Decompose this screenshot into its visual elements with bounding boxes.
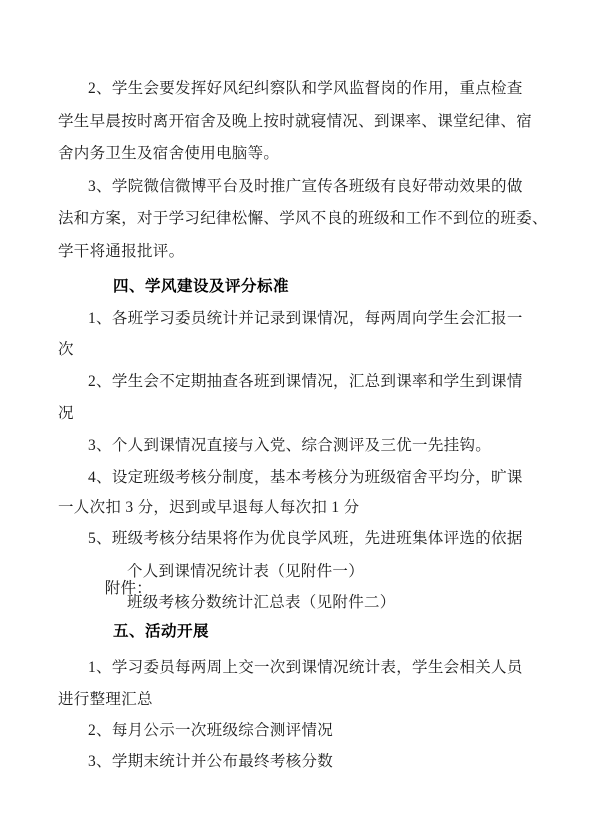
body-line: 学生早晨按时离开宿舍及晚上按时就寝情况、到课率、课堂纪律、宿 — [58, 113, 532, 130]
document-page: 2、学生会要发挥好风纪纠察队和学风监督岗的作用，重点检查 学生早晨按时离开宿舍及… — [0, 0, 599, 817]
attachment-item: 班级考核分数统计汇总表（见附件二） — [127, 594, 396, 611]
body-line: 学干将通报批评。 — [58, 243, 184, 260]
body-line: 2、每月公示一次班级综合测评情况 — [88, 722, 333, 739]
body-line: 法和方案，对于学习纪律松懈、学风不良的班级和工作不到位的班委、 — [58, 210, 548, 227]
body-line: 3、学期末统计并公布最终考核分数 — [88, 753, 333, 770]
body-line: 一人次扣 3 分，迟到或早退每人每次扣 1 分 — [58, 499, 359, 516]
section-heading-four: 四、学风建设及评分标准 — [113, 278, 289, 295]
body-line: 1、学习委员每两周上交一次到课情况统计表，学生会相关人员 — [88, 659, 523, 676]
body-line: 4、设定班级考核分制度，基本考核分为班级宿舍平均分，旷课 — [88, 469, 523, 486]
body-line: 5、班级考核分结果将作为优良学风班，先进班集体评选的依据 — [88, 530, 523, 547]
attachment-item: 个人到课情况统计表（见附件一） — [127, 563, 364, 580]
body-line: 2、学生会不定期抽查各班到课情况，汇总到课率和学生到课情 — [88, 373, 523, 390]
body-line: 3、学院微信微博平台及时推广宣传各班级有良好带动效果的做 — [88, 178, 523, 195]
body-line: 1、各班学习委员统计并记录到课情况，每两周向学生会汇报一 — [88, 310, 523, 327]
body-line: 况 — [58, 405, 74, 422]
body-line: 舍内务卫生及宿舍使用电脑等。 — [58, 145, 279, 162]
body-line: 3、个人到课情况直接与入党、综合测评及三优一先挂钩。 — [88, 437, 491, 454]
section-heading-five: 五、活动开展 — [113, 623, 209, 640]
body-line: 2、学生会要发挥好风纪纠察队和学风监督岗的作用，重点检查 — [88, 80, 523, 97]
body-line: 进行整理汇总 — [58, 691, 153, 708]
body-line: 次 — [58, 341, 74, 358]
